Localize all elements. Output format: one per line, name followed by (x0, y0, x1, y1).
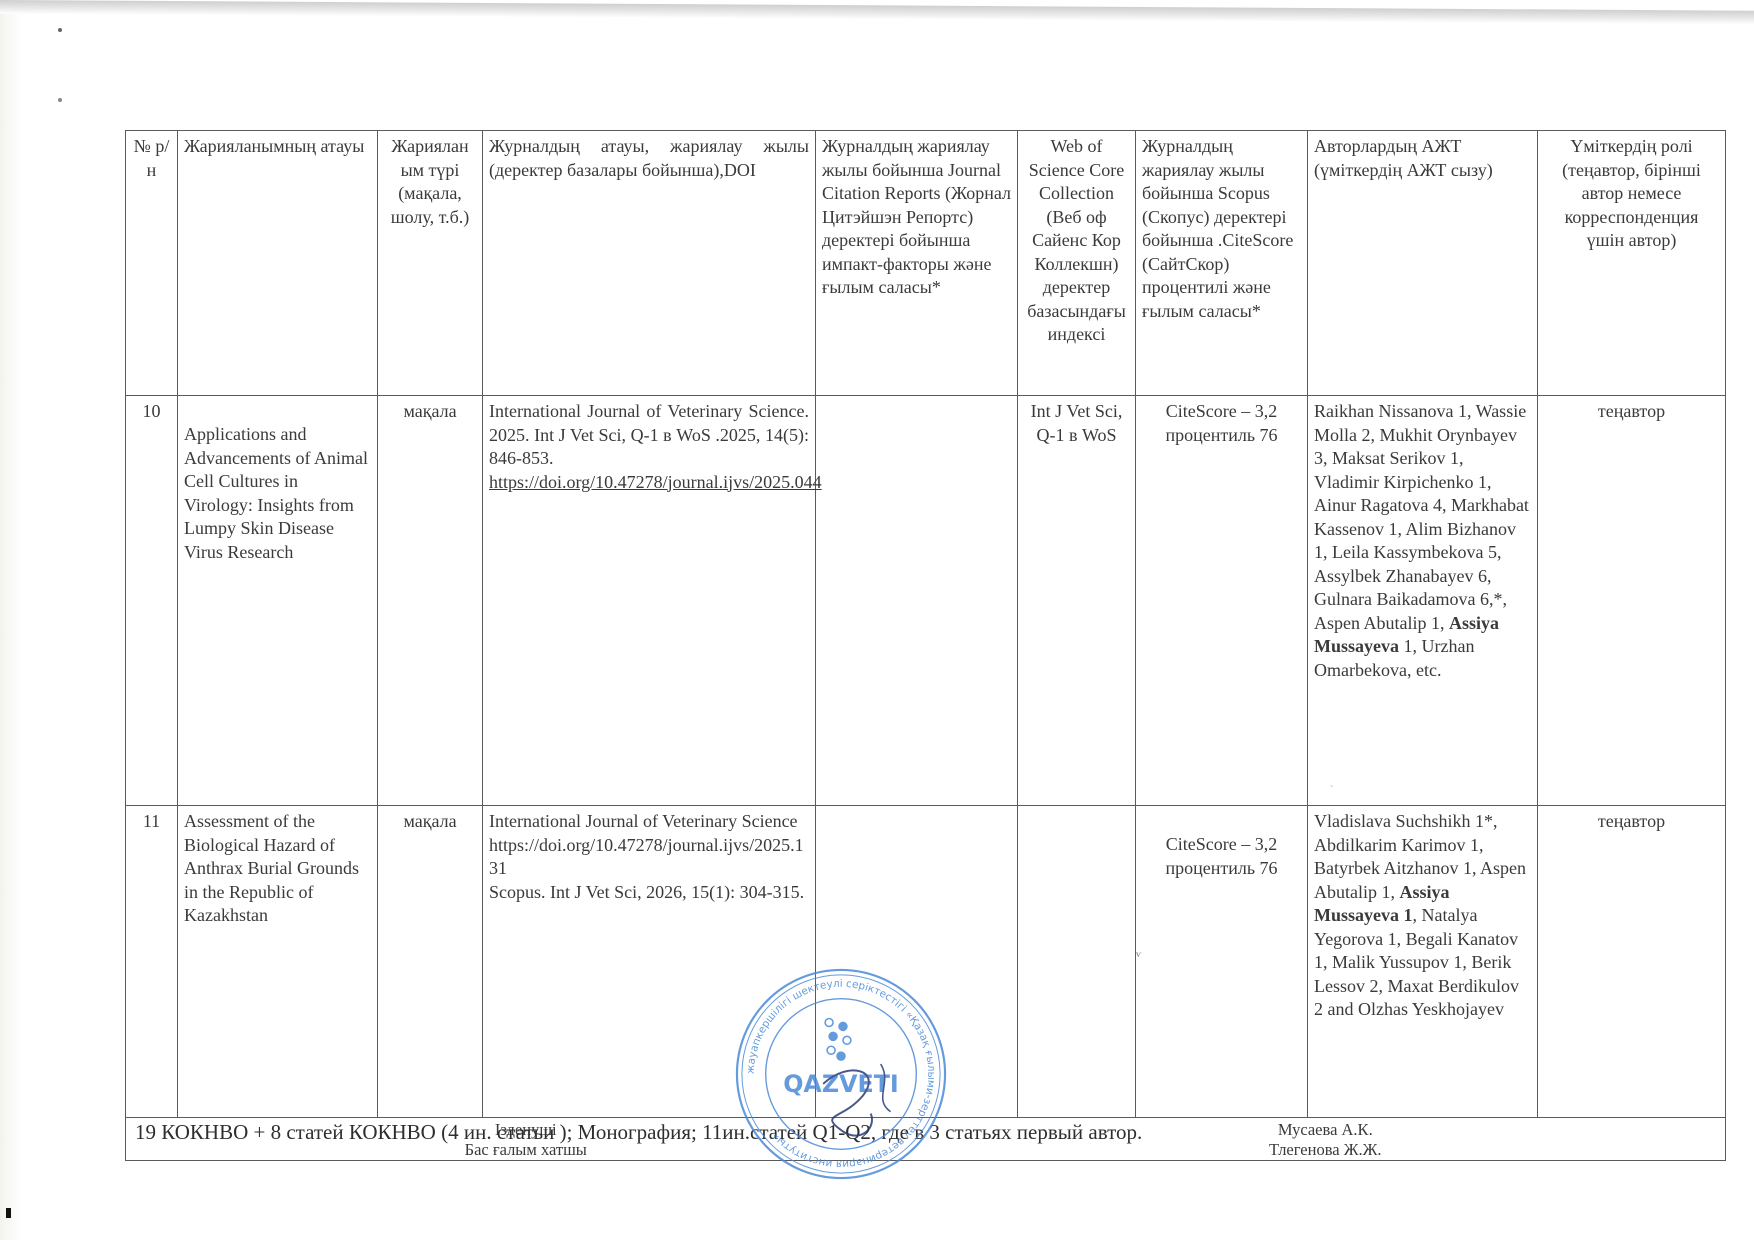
citescore-value: CiteScore – 3,2 (1142, 400, 1301, 424)
scan-edge-left (0, 0, 22, 1240)
header-jcr: Журналдың жариялау жылы бойынша Journal … (816, 131, 1018, 396)
candidate-role: теңавтор (1538, 806, 1726, 1118)
percentile-value: процентиль 76 (1142, 857, 1301, 881)
header-wos: Web of Science Core Collection (Веб оф С… (1018, 131, 1136, 396)
candidate-role: теңавтор (1538, 396, 1726, 806)
header-number: № р/н (126, 131, 178, 396)
publications-table: № р/н Жарияланымның атауы Жариялан ым тү… (125, 130, 1726, 1161)
scopus-citation: Scopus. Int J Vet Sci, 2026, 15(1): 304-… (489, 881, 809, 905)
header-type: Жариялан ым түрі (мақала, шолу, т.б.) (378, 131, 483, 396)
table-header-row: № р/н Жарияланымның атауы Жариялан ым тү… (126, 131, 1726, 396)
scan-edge-top (0, 0, 1754, 25)
wos-index (1018, 806, 1136, 1118)
wos-index: Int J Vet Sci, Q-1 в WoS (1018, 396, 1136, 806)
publication-title: Applications and Advancements of Animal … (178, 396, 378, 806)
header-scopus: Журналдың жариялау жылы бойынша Scopus (… (1136, 131, 1308, 396)
doi-link[interactable]: https://doi.org/10.47278/journal.ijvs/20… (489, 834, 809, 881)
percentile-value: процентиль 76 (1142, 424, 1301, 448)
table-row: 10 Applications and Advancements of Anim… (126, 396, 1726, 806)
header-role: Үміткердің ролі (теңавтор, бірінші автор… (1538, 131, 1726, 396)
header-journal: Журналдың атауы, жариялау жылы (деректер… (483, 131, 816, 396)
scan-mark: ѵ (1136, 949, 1141, 959)
publication-type: мақала (378, 396, 483, 806)
journal-citation: International Journal of Veterinary Scie… (489, 401, 809, 468)
jcr-value (816, 806, 1018, 1118)
authors-list: Raikhan Nissanova 1, Wassie Molla 2, Muk… (1308, 396, 1538, 806)
header-authors: Авторлардың АЖТ (үміткердің АЖТ сызу) (1308, 131, 1538, 396)
scopus-citescore: CiteScore – 3,2 процентиль 76 (1136, 396, 1308, 806)
row-number: 10 (126, 396, 178, 806)
authors-text: Raikhan Nissanova 1, Wassie Molla 2, Muk… (1314, 401, 1529, 633)
scan-speck (58, 98, 62, 102)
publication-type: мақала (378, 806, 483, 1118)
header-title: Жарияланымның атауы (178, 131, 378, 396)
citescore-value: CiteScore – 3,2 (1142, 833, 1301, 857)
journal-info: International Journal of Veterinary Scie… (483, 396, 816, 806)
summary-footnote: 19 КОКНВО + 8 статей КОКНВО (4 ин. стать… (135, 1120, 1142, 1145)
journal-citation: International Journal of Veterinary Scie… (489, 810, 809, 834)
journal-info: International Journal of Veterinary Scie… (483, 806, 816, 1118)
scopus-citescore: CiteScore – 3,2 процентиль 76 (1136, 806, 1308, 1118)
publication-title: Assessment of the Biological Hazard of A… (178, 806, 378, 1118)
scan-mark: ˋ (1330, 785, 1333, 796)
scan-speck (6, 1208, 11, 1218)
table-row: 11 Assessment of the Biological Hazard o… (126, 806, 1726, 1118)
row-number: 11 (126, 806, 178, 1118)
authors-list: Vladislava Suchshikh 1*, Abdilkarim Kari… (1308, 806, 1538, 1118)
jcr-value (816, 396, 1018, 806)
doi-link[interactable]: https://doi.org/10.47278/journal.ijvs/20… (489, 472, 822, 492)
scan-speck (58, 28, 62, 32)
